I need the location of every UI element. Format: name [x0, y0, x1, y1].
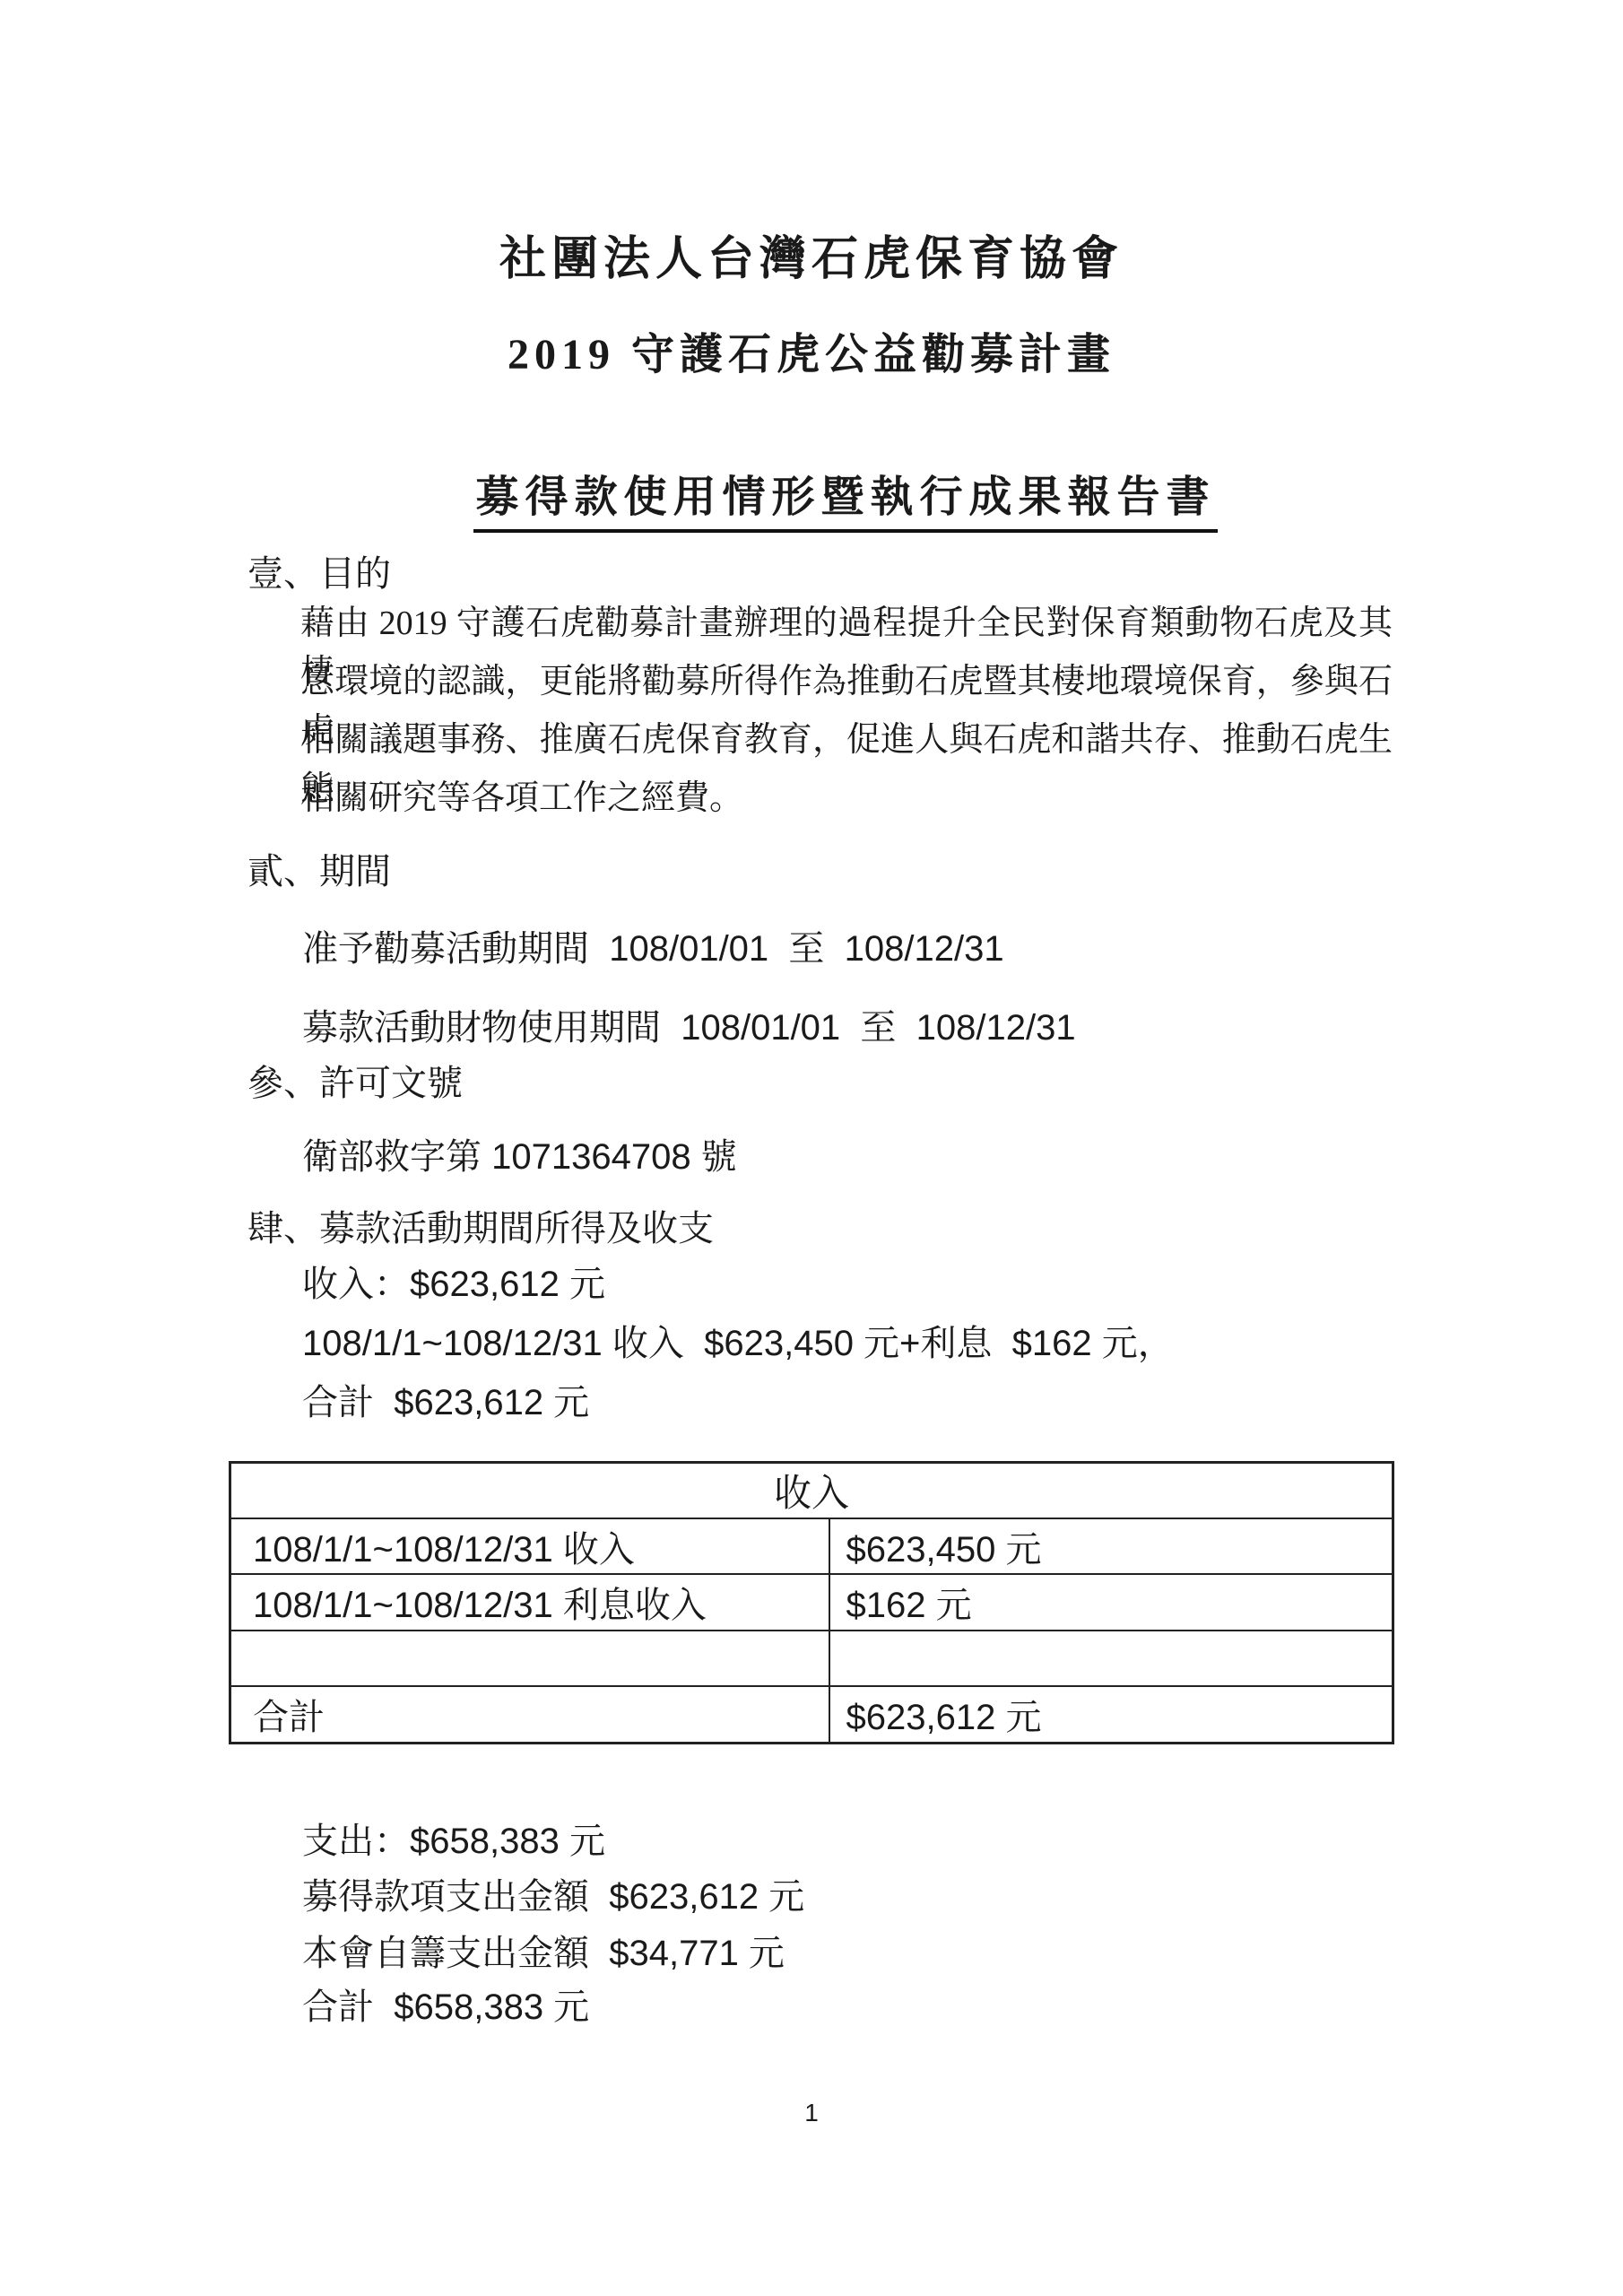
section1-heading: 壹、目的 — [247, 545, 391, 596]
permit-number-line: 衛部救字第 1071364708 號 — [302, 1128, 737, 1179]
expense-self-line: 本會自籌支出金額 $34,771 元 — [302, 1925, 785, 1976]
section3-heading: 參、許可文號 — [247, 1055, 463, 1106]
expense-sum-line: 合計 $658,383 元 — [302, 1979, 589, 2030]
income-row3-value — [829, 1631, 1393, 1686]
income-row3-label — [230, 1631, 829, 1686]
income-row1-value: $623,450 元 — [829, 1518, 1393, 1574]
expense-total-line: 支出：$658,383 元 — [302, 1813, 605, 1864]
income-total-line: 收入：$623,612 元 — [302, 1256, 605, 1307]
income-row1-label: 108/1/1~108/12/31 收入 — [230, 1518, 829, 1574]
income-row2-label: 108/1/1~108/12/31 利息收入 — [230, 1574, 829, 1631]
income-sum-line: 合計 $623,612 元 — [302, 1374, 589, 1425]
title-line-3-text: 募得款使用情形暨執行成果報告書 — [473, 462, 1217, 533]
table-row: 108/1/1~108/12/31 利息收入 $162 元 — [230, 1574, 1393, 1631]
section2-heading: 貳、期間 — [247, 843, 391, 894]
purpose-line-4: 相關研究等各項工作之經費。 — [300, 770, 1393, 819]
table-row — [230, 1631, 1393, 1686]
income-table: 收入 108/1/1~108/12/31 收入 $623,450 元 108/1… — [229, 1461, 1394, 1744]
table-row: 108/1/1~108/12/31 收入 $623,450 元 — [230, 1518, 1393, 1574]
section4-heading: 肆、募款活動期間所得及收支 — [247, 1200, 714, 1251]
income-detail-line: 108/1/1~108/12/31 收入 $623,450 元+利息 $162 … — [302, 1315, 1174, 1366]
income-row2-value: $162 元 — [829, 1574, 1393, 1631]
income-row4-value: $623,612 元 — [829, 1686, 1393, 1743]
document-page: 社團法人台灣石虎保育協會 2019 守護石虎公益勸募計畫 募得款使用情形暨執行成… — [0, 0, 1623, 2296]
period-line-1: 准予勸募活動期間 108/01/01 至 108/12/31 — [302, 920, 1004, 971]
period-line-2: 募款活動財物使用期間 108/01/01 至 108/12/31 — [302, 999, 1076, 1050]
expense-raised-line: 募得款項支出金額 $623,612 元 — [302, 1868, 804, 1919]
table-row: 合計 $623,612 元 — [230, 1686, 1393, 1743]
income-table-header: 收入 — [230, 1463, 1393, 1519]
title-line-1: 社團法人台灣石虎保育協會 — [9, 221, 1614, 288]
income-row4-label: 合計 — [230, 1686, 829, 1743]
title-line-2: 2019 守護石虎公益勸募計畫 — [9, 319, 1614, 381]
page-number: 1 — [0, 2099, 1623, 2127]
